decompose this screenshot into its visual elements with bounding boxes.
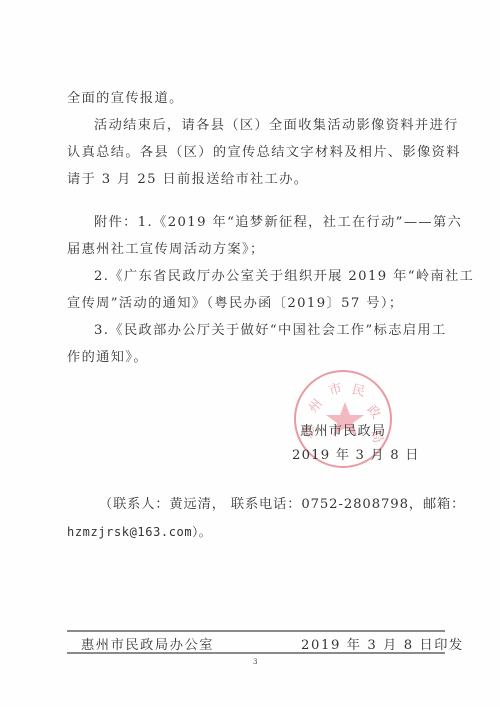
body-line: 认真总结。各县（区）的宣传总结文字材料及相片、影像资料 [67, 144, 445, 162]
body-line: 活动结束后，请各县（区）全面收集活动影像资料并进行 [94, 117, 472, 135]
attachment-line: 附件：1.《2019 年“追梦新征程，社工在行动”——第六 [94, 214, 472, 232]
attachment-line: 宣传周”活动的通知》（粤民办函〔2019〕57 号）； [67, 295, 445, 313]
page-number: 3 [253, 658, 257, 666]
svg-text:民: 民 [350, 382, 366, 400]
attachment-line: 2.《广东省民政厅办公室关于组织开展 2019 年“岭南社工 [94, 268, 472, 286]
footer-bottom-rule [67, 652, 445, 654]
attachment-line: 届惠州社工宣传周活动方案》； [67, 241, 445, 259]
svg-text:市: 市 [327, 381, 343, 399]
contact-line: （联系人：黄远清， 联系电话：0752-2808798，邮箱： [99, 496, 477, 514]
contact-email: hzmzjrsk@163.com）。 [67, 523, 445, 541]
footer-issue-date: 2019 年 3 月 8 日印发 [301, 634, 464, 653]
attachment-line: 3.《民政部办公厅关于做好“中国社会工作”标志启用工 [94, 322, 472, 340]
signature-date: 2019 年 3 月 8 日 [292, 444, 420, 463]
footer-top-rule [67, 630, 445, 632]
footer-issuer: 惠州市民政局办公室 [81, 634, 214, 653]
attachment-line: 作的通知》。 [67, 349, 445, 367]
signature-org: 惠州市民政局 [300, 420, 386, 439]
body-line-deadline: 请于 3 月 25 日前报送给市社工办。 [67, 171, 445, 189]
body-line: 全面的宣传报道。 [67, 90, 445, 108]
document-page: 全面的宣传报道。 活动结束后，请各县（区）全面收集活动影像资料并进行 认真总结。… [0, 0, 500, 707]
svg-text:州: 州 [306, 397, 326, 417]
